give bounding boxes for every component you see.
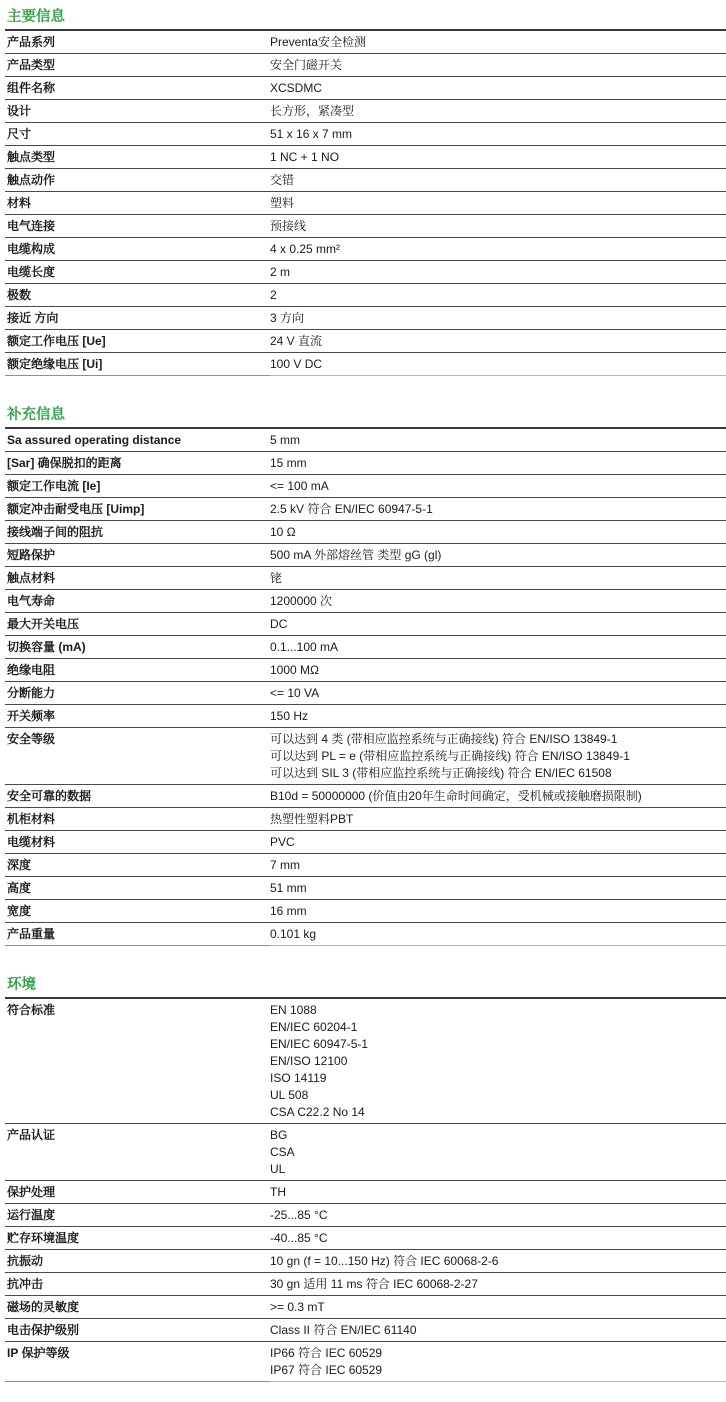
spec-row: 安全可靠的数据B10d = 50000000 (价值由20年生命时间确定，受机械… [5, 785, 726, 808]
spec-value: 3 方向 [270, 307, 726, 330]
spec-value: B10d = 50000000 (价值由20年生命时间确定，受机械或接触磨损限制… [270, 785, 726, 808]
spec-label: 接近 方向 [5, 307, 270, 330]
spec-label: 额定绝缘电压 [Ui] [5, 353, 270, 376]
section-title: 主要信息 [5, 9, 726, 29]
spec-value-line: -40...85 °C [270, 1230, 720, 1247]
spec-label: 高度 [5, 877, 270, 900]
spec-value-line: EN 1088 [270, 1002, 720, 1019]
spec-value-line: DC [270, 616, 720, 633]
spec-label: 接线端子间的阻抗 [5, 521, 270, 544]
spec-row: 产品系列Preventa安全检测 [5, 30, 726, 54]
spec-label: 磁场的灵敏度 [5, 1296, 270, 1319]
spec-value: 51 x 16 x 7 mm [270, 123, 726, 146]
spec-row: 深度7 mm [5, 854, 726, 877]
spec-value-line: 可以达到 4 类 (带相应监控系统与正确接线) 符合 EN/ISO 13849-… [270, 731, 720, 748]
spec-row: 运行温度-25...85 °C [5, 1204, 726, 1227]
spec-value: 长方形，紧凑型 [270, 100, 726, 123]
spec-row: 保护处理TH [5, 1181, 726, 1204]
spec-label: 产品认证 [5, 1124, 270, 1181]
spec-value-line: EN/IEC 60204-1 [270, 1019, 720, 1036]
spec-section: 主要信息 产品系列Preventa安全检测产品类型安全门磁开关组件名称XCSDM… [5, 9, 726, 376]
spec-row: 安全等级可以达到 4 类 (带相应监控系统与正确接线) 符合 EN/ISO 13… [5, 728, 726, 785]
spec-row: 开关频率150 Hz [5, 705, 726, 728]
spec-row: 最大开关电压DC [5, 613, 726, 636]
spec-value: -40...85 °C [270, 1227, 726, 1250]
spec-value: 0.1...100 mA [270, 636, 726, 659]
spec-row: 尺寸51 x 16 x 7 mm [5, 123, 726, 146]
spec-value-line: 铑 [270, 570, 720, 587]
spec-value: Preventa安全检测 [270, 30, 726, 54]
spec-value-line: 16 mm [270, 903, 720, 920]
spec-value: 0.101 kg [270, 923, 726, 946]
spec-value: 30 gn 适用 11 ms 符合 IEC 60068-2-27 [270, 1273, 726, 1296]
spec-value-line: IP67 符合 IEC 60529 [270, 1362, 720, 1379]
spec-value-line: PVC [270, 834, 720, 851]
spec-value: 预接线 [270, 215, 726, 238]
spec-value-line: 30 gn 适用 11 ms 符合 IEC 60068-2-27 [270, 1276, 720, 1293]
spec-row: 产品类型安全门磁开关 [5, 54, 726, 77]
section-title: 补充信息 [5, 407, 726, 427]
spec-value-line: 长方形，紧凑型 [270, 103, 720, 120]
spec-label: 安全等级 [5, 728, 270, 785]
spec-row: 电气连接预接线 [5, 215, 726, 238]
spec-label: 深度 [5, 854, 270, 877]
spec-label: 材料 [5, 192, 270, 215]
spec-label: 触点类型 [5, 146, 270, 169]
spec-value-line: 51 x 16 x 7 mm [270, 126, 720, 143]
spec-value-line: TH [270, 1184, 720, 1201]
spec-value-line: 100 V DC [270, 356, 720, 373]
spec-value-line: 51 mm [270, 880, 720, 897]
spec-value-line: ISO 14119 [270, 1070, 720, 1087]
spec-label: 电缆构成 [5, 238, 270, 261]
spec-label: 短路保护 [5, 544, 270, 567]
spec-row: 电击保护级别Class II 符合 EN/IEC 61140 [5, 1319, 726, 1342]
spec-label: 保护处理 [5, 1181, 270, 1204]
spec-section: 环境 符合标准EN 1088EN/IEC 60204-1EN/IEC 60947… [5, 977, 726, 1382]
spec-value-line: 15 mm [270, 455, 720, 472]
spec-value-line: 2 m [270, 264, 720, 281]
spec-value-line: 热塑性塑料PBT [270, 811, 720, 828]
spec-value-line: UL [270, 1161, 720, 1178]
spec-label: 电缆长度 [5, 261, 270, 284]
spec-row: 抗冲击30 gn 适用 11 ms 符合 IEC 60068-2-27 [5, 1273, 726, 1296]
section-title: 环境 [5, 977, 726, 997]
spec-label: 额定冲击耐受电压 [Uimp] [5, 498, 270, 521]
spec-value: 铑 [270, 567, 726, 590]
spec-value-line: EN/IEC 60947-5-1 [270, 1036, 720, 1053]
spec-value-line: 10 Ω [270, 524, 720, 541]
spec-value: EN 1088EN/IEC 60204-1EN/IEC 60947-5-1EN/… [270, 998, 726, 1124]
spec-value: 2 [270, 284, 726, 307]
spec-row: 产品认证BGCSAUL [5, 1124, 726, 1181]
spec-row: 设计长方形，紧凑型 [5, 100, 726, 123]
spec-value: 15 mm [270, 452, 726, 475]
spec-value-line: >= 0.3 mT [270, 1299, 720, 1316]
spec-value-line: 可以达到 SIL 3 (带相应监控系统与正确接线) 符合 EN/IEC 6150… [270, 765, 720, 782]
spec-label: 触点动作 [5, 169, 270, 192]
spec-row: 额定绝缘电压 [Ui]100 V DC [5, 353, 726, 376]
spec-value-line: -25...85 °C [270, 1207, 720, 1224]
spec-row: 接线端子间的阻抗10 Ω [5, 521, 726, 544]
spec-row: 机柜材料热塑性塑料PBT [5, 808, 726, 831]
spec-value: 1000 MΩ [270, 659, 726, 682]
spec-value-line: 1200000 次 [270, 593, 720, 610]
spec-row: 电缆长度2 m [5, 261, 726, 284]
spec-label: 额定工作电压 [Ue] [5, 330, 270, 353]
spec-label: 电击保护级别 [5, 1319, 270, 1342]
spec-value: 10 Ω [270, 521, 726, 544]
sections-root: 主要信息 产品系列Preventa安全检测产品类型安全门磁开关组件名称XCSDM… [5, 9, 726, 1382]
spec-value: 塑料 [270, 192, 726, 215]
spec-label: 贮存环境温度 [5, 1227, 270, 1250]
spec-value: 1200000 次 [270, 590, 726, 613]
spec-value: 16 mm [270, 900, 726, 923]
spec-value-line: BG [270, 1127, 720, 1144]
spec-value: 2.5 kV 符合 EN/IEC 60947-5-1 [270, 498, 726, 521]
spec-label: 电缆材料 [5, 831, 270, 854]
spec-value: 51 mm [270, 877, 726, 900]
spec-value-line: 预接线 [270, 218, 720, 235]
spec-row: 切换容量 (mA)0.1...100 mA [5, 636, 726, 659]
spec-label: 额定工作电流 [Ie] [5, 475, 270, 498]
spec-label: 产品类型 [5, 54, 270, 77]
spec-value-line: 可以达到 PL = e (带相应监控系统与正确接线) 符合 EN/ISO 138… [270, 748, 720, 765]
spec-value-line: 2 [270, 287, 720, 304]
spec-value-line: 1000 MΩ [270, 662, 720, 679]
spec-row: 额定冲击耐受电压 [Uimp]2.5 kV 符合 EN/IEC 60947-5-… [5, 498, 726, 521]
spec-row: 分断能力<= 10 VA [5, 682, 726, 705]
spec-row: 触点类型1 NC + 1 NO [5, 146, 726, 169]
spec-row: 电缆材料PVC [5, 831, 726, 854]
spec-value: 4 x 0.25 mm² [270, 238, 726, 261]
spec-value: 150 Hz [270, 705, 726, 728]
spec-row: 电气寿命1200000 次 [5, 590, 726, 613]
spec-value-line: UL 508 [270, 1087, 720, 1104]
spec-table: Sa assured operating distance5 mm[Sar] 确… [5, 427, 726, 946]
spec-value-line: 5 mm [270, 432, 720, 449]
spec-label: 电气寿命 [5, 590, 270, 613]
spec-table: 符合标准EN 1088EN/IEC 60204-1EN/IEC 60947-5-… [5, 997, 726, 1382]
spec-value: 100 V DC [270, 353, 726, 376]
spec-row: 额定工作电压 [Ue]24 V 直流 [5, 330, 726, 353]
spec-label: 组件名称 [5, 77, 270, 100]
spec-value: 2 m [270, 261, 726, 284]
spec-value: 1 NC + 1 NO [270, 146, 726, 169]
spec-value: <= 10 VA [270, 682, 726, 705]
spec-label: 设计 [5, 100, 270, 123]
spec-label: 符合标准 [5, 998, 270, 1124]
spec-row: [Sar] 确保脱扣的距离15 mm [5, 452, 726, 475]
spec-value: DC [270, 613, 726, 636]
spec-value-line: Preventa安全检测 [270, 34, 720, 51]
spec-table-body: Sa assured operating distance5 mm[Sar] 确… [5, 428, 726, 946]
spec-row: 符合标准EN 1088EN/IEC 60204-1EN/IEC 60947-5-… [5, 998, 726, 1124]
spec-value: 可以达到 4 类 (带相应监控系统与正确接线) 符合 EN/ISO 13849-… [270, 728, 726, 785]
spec-label: 安全可靠的数据 [5, 785, 270, 808]
spec-value-line: EN/ISO 12100 [270, 1053, 720, 1070]
spec-value-line: CSA [270, 1144, 720, 1161]
spec-value-line: 0.1...100 mA [270, 639, 720, 656]
spec-value-line: 4 x 0.25 mm² [270, 241, 720, 258]
spec-value-line: 7 mm [270, 857, 720, 874]
spec-value-line: IP66 符合 IEC 60529 [270, 1345, 720, 1362]
spec-label: 产品重量 [5, 923, 270, 946]
spec-label: 触点材料 [5, 567, 270, 590]
spec-row: 高度51 mm [5, 877, 726, 900]
spec-value-line: 3 方向 [270, 310, 720, 327]
spec-label: 宽度 [5, 900, 270, 923]
spec-label: 切换容量 (mA) [5, 636, 270, 659]
spec-label: 产品系列 [5, 30, 270, 54]
spec-value: XCSDMC [270, 77, 726, 100]
spec-label: [Sar] 确保脱扣的距离 [5, 452, 270, 475]
spec-value-line: B10d = 50000000 (价值由20年生命时间确定，受机械或接触磨损限制… [270, 788, 720, 805]
spec-value-line: 交错 [270, 172, 720, 189]
spec-label: Sa assured operating distance [5, 428, 270, 452]
spec-row: 抗振动10 gn (f = 10...150 Hz) 符合 IEC 60068-… [5, 1250, 726, 1273]
spec-row: 极数2 [5, 284, 726, 307]
spec-row: 磁场的灵敏度>= 0.3 mT [5, 1296, 726, 1319]
spec-value: 交错 [270, 169, 726, 192]
spec-label: 极数 [5, 284, 270, 307]
spec-row: 宽度16 mm [5, 900, 726, 923]
spec-value: >= 0.3 mT [270, 1296, 726, 1319]
spec-row: 短路保护500 mA 外部熔丝管 类型 gG (gl) [5, 544, 726, 567]
spec-label: 抗振动 [5, 1250, 270, 1273]
spec-value: 安全门磁开关 [270, 54, 726, 77]
page: { "colors": { "heading_green": "#2ea147"… [0, 0, 726, 1402]
spec-label: 分断能力 [5, 682, 270, 705]
spec-label: 开关频率 [5, 705, 270, 728]
spec-value-line: 150 Hz [270, 708, 720, 725]
spec-row: 电缆构成4 x 0.25 mm² [5, 238, 726, 261]
spec-value: BGCSAUL [270, 1124, 726, 1181]
spec-row: 触点动作交错 [5, 169, 726, 192]
spec-label: 机柜材料 [5, 808, 270, 831]
spec-value-line: <= 100 mA [270, 478, 720, 495]
spec-value: TH [270, 1181, 726, 1204]
spec-label: 运行温度 [5, 1204, 270, 1227]
spec-sheet: 主要信息 产品系列Preventa安全检测产品类型安全门磁开关组件名称XCSDM… [0, 0, 726, 1402]
spec-label: 抗冲击 [5, 1273, 270, 1296]
spec-value: -25...85 °C [270, 1204, 726, 1227]
spec-label: 电气连接 [5, 215, 270, 238]
spec-value-line: Class II 符合 EN/IEC 61140 [270, 1322, 720, 1339]
spec-value-line: 2.5 kV 符合 EN/IEC 60947-5-1 [270, 501, 720, 518]
spec-section: 补充信息 Sa assured operating distance5 mm[S… [5, 407, 726, 946]
spec-value-line: 安全门磁开关 [270, 57, 720, 74]
spec-value-line: <= 10 VA [270, 685, 720, 702]
spec-table: 产品系列Preventa安全检测产品类型安全门磁开关组件名称XCSDMC设计长方… [5, 29, 726, 376]
spec-value-line: 500 mA 外部熔丝管 类型 gG (gl) [270, 547, 720, 564]
spec-row: 触点材料铑 [5, 567, 726, 590]
spec-value: 500 mA 外部熔丝管 类型 gG (gl) [270, 544, 726, 567]
spec-value-line: 0.101 kg [270, 926, 720, 943]
spec-row: 贮存环境温度-40...85 °C [5, 1227, 726, 1250]
spec-row: 产品重量0.101 kg [5, 923, 726, 946]
spec-label: 绝缘电阻 [5, 659, 270, 682]
spec-value: 24 V 直流 [270, 330, 726, 353]
spec-value: PVC [270, 831, 726, 854]
spec-table-body: 产品系列Preventa安全检测产品类型安全门磁开关组件名称XCSDMC设计长方… [5, 30, 726, 376]
spec-value-line: 1 NC + 1 NO [270, 149, 720, 166]
spec-value: <= 100 mA [270, 475, 726, 498]
spec-value: 10 gn (f = 10...150 Hz) 符合 IEC 60068-2-6 [270, 1250, 726, 1273]
spec-value: 7 mm [270, 854, 726, 877]
spec-value-line: CSA C22.2 No 14 [270, 1104, 720, 1121]
spec-row: Sa assured operating distance5 mm [5, 428, 726, 452]
spec-value: 热塑性塑料PBT [270, 808, 726, 831]
spec-row: 组件名称XCSDMC [5, 77, 726, 100]
spec-value: Class II 符合 EN/IEC 61140 [270, 1319, 726, 1342]
spec-table-body: 符合标准EN 1088EN/IEC 60204-1EN/IEC 60947-5-… [5, 998, 726, 1382]
spec-value-line: XCSDMC [270, 80, 720, 97]
spec-value-line: 10 gn (f = 10...150 Hz) 符合 IEC 60068-2-6 [270, 1253, 720, 1270]
spec-row: 额定工作电流 [Ie]<= 100 mA [5, 475, 726, 498]
spec-label: 尺寸 [5, 123, 270, 146]
spec-value: 5 mm [270, 428, 726, 452]
spec-label: 最大开关电压 [5, 613, 270, 636]
spec-row: 接近 方向3 方向 [5, 307, 726, 330]
spec-value-line: 塑料 [270, 195, 720, 212]
spec-row: 绝缘电阻1000 MΩ [5, 659, 726, 682]
spec-row: 材料塑料 [5, 192, 726, 215]
spec-value-line: 24 V 直流 [270, 333, 720, 350]
